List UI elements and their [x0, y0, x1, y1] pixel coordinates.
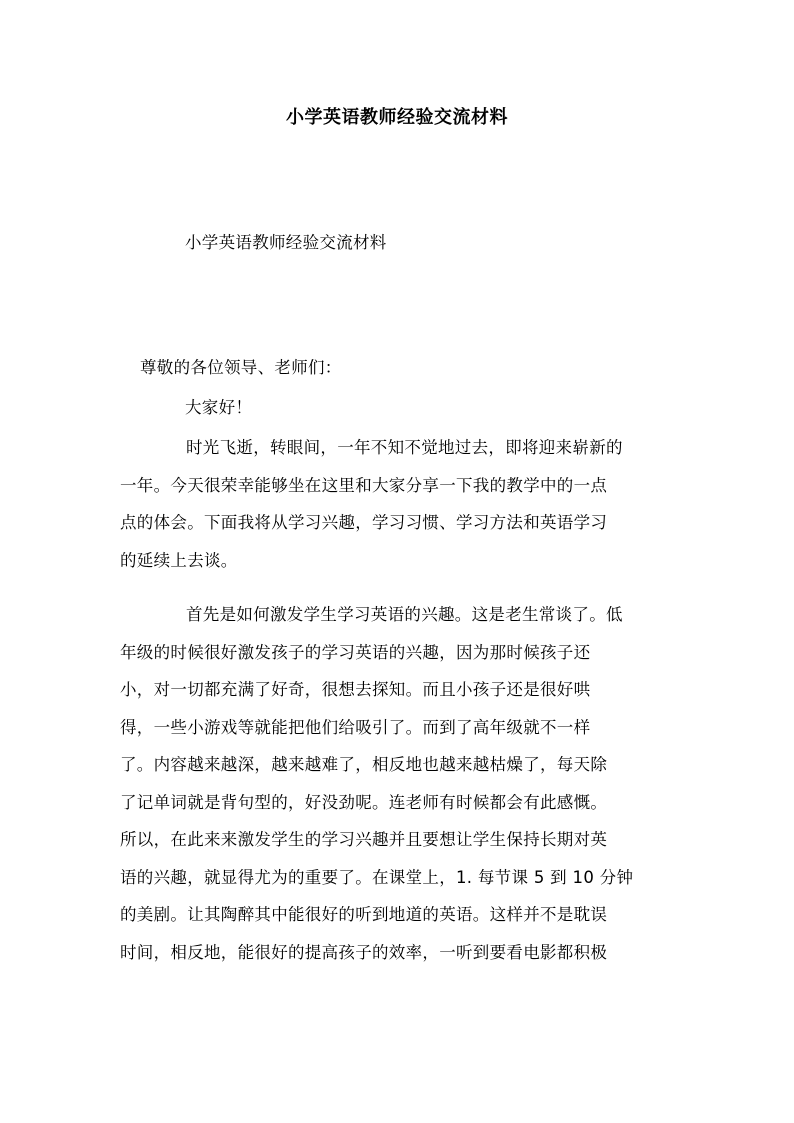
paragraph-1: 时光飞逝，转眼间，一年不知不觉地过去，即将迎来崭新的 一年。今天很荣幸能够坐在这…: [120, 436, 676, 586]
paragraph-line: 的延续上去谈。: [120, 549, 676, 587]
paragraph-line: 小，对一切都充满了好奇，很想去探知。而且小孩子还是很好哄: [120, 678, 676, 716]
paragraph-line: 点的体会。下面我将从学习兴趣，学习习惯、学习方法和英语学习: [120, 511, 676, 549]
paragraph-line: 所以，在此来来激发学生的学习兴趣并且要想让学生保持长期对英: [120, 828, 676, 866]
paragraph-line: 时光飞逝，转眼间，一年不知不觉地过去，即将迎来崭新的: [120, 436, 676, 474]
paragraph-line: 得，一些小游戏等就能把他们给吸引了。而到了高年级就不一样: [120, 716, 676, 754]
document-title: 小学英语教师经验交流材料: [0, 106, 794, 130]
paragraph-line: 的美剧。让其陶醉其中能很好的听到地道的英语。这样并不是耽误: [120, 903, 676, 941]
paragraph-2: 首先是如何激发学生学习英语的兴趣。这是老生常谈了。低 年级的时候很好激发孩子的学…: [120, 603, 676, 978]
paragraph-line: 时间，相反地，能很好的提高孩子的效率，一听到要看电影都积极: [120, 941, 676, 979]
paragraph-line: 了。内容越来越深，越来越难了，相反地也越来越枯燥了，每天除: [120, 753, 676, 791]
paragraph-line: 年级的时候很好激发孩子的学习英语的兴趣，因为那时候孩子还: [120, 641, 676, 679]
document-page: 小学英语教师经验交流材料 小学英语教师经验交流材料 尊敬的各位领导、老师们： 大…: [0, 0, 794, 1123]
paragraph-line: 了记单词就是背句型的，好没劲呢。连老师有时候都会有此感慨。: [120, 791, 676, 829]
paragraph-line: 一年。今天很荣幸能够坐在这里和大家分享一下我的教学中的一点: [120, 474, 676, 512]
paragraph-line: 首先是如何激发学生学习英语的兴趣。这是老生常谈了。低: [120, 603, 676, 641]
document-subtitle: 小学英语教师经验交流材料: [185, 231, 387, 255]
greeting: 大家好！: [185, 396, 252, 420]
salutation: 尊敬的各位领导、老师们：: [140, 356, 342, 380]
paragraph-line: 语的兴趣，就显得尤为的重要了。在课堂上，1. 每节课 5 到 10 分钟: [120, 866, 676, 904]
